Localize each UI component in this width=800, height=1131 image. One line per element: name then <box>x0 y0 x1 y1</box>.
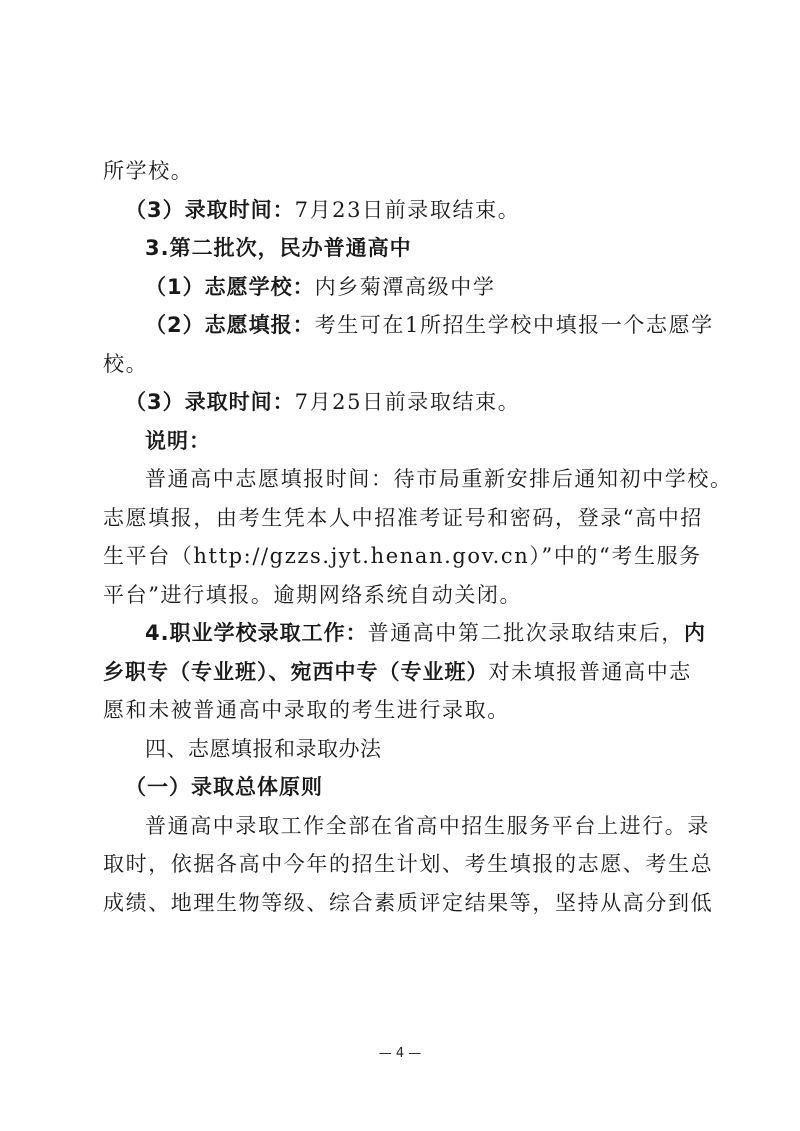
paragraph-text: 志愿填报，由考生凭本人中招准考证号和密码，登录“高中招 <box>103 506 703 530</box>
emphasis-text: 内 <box>684 621 706 645</box>
text-line: （2）志愿填报：考生可在1所招生学校中填报一个志愿学 <box>103 306 705 345</box>
document-page: 所学校。 （3）录取时间：7月23日前录取结束。 3.第二批次，民办普通高中 （… <box>103 152 705 922</box>
paragraph-text: 平台”进行填报。逾期网络系统自动关闭。 <box>103 583 522 607</box>
heading-text: （一）录取总体原则 <box>125 775 323 799</box>
emphasis-text: 乡职专（专业班）、宛西中专（专业班） <box>103 660 489 684</box>
heading-text: 3.第二批次，民办普通高中 <box>145 236 412 260</box>
paragraph-text: 普通高中录取工作全部在省高中招生服务平台上进行。录 <box>145 814 710 838</box>
text-line: （3）录取时间：7月25日前录取结束。 <box>103 383 705 422</box>
paragraph-text-with-url: 生平台（http://gzzs.jyt.henan.gov.cn）”中的“考生服… <box>103 544 702 568</box>
item-label: （3）录取时间： <box>125 198 295 222</box>
note-heading: 说明： <box>103 422 705 461</box>
paragraph-text: 所学校。 <box>103 159 193 183</box>
text-line: 所学校。 <box>103 152 705 191</box>
subsection-heading: （一）录取总体原则 <box>103 768 705 807</box>
text-line: 成绩、地理生物等级、综合素质评定结果等，坚持从高分到低 <box>103 884 705 923</box>
text-line: 乡职专（专业班）、宛西中专（专业班）对未填报普通高中志 <box>103 653 705 692</box>
item-text: 7月23日前录取结束。 <box>295 198 521 222</box>
paragraph-text: 普通高中志愿填报时间：待市局重新安排后通知初中学校。 <box>145 467 733 491</box>
text-line: 生平台（http://gzzs.jyt.henan.gov.cn）”中的“考生服… <box>103 537 705 576</box>
item-text: 7月25日前录取结束。 <box>295 390 521 414</box>
chapter-heading: 四、志愿填报和录取办法 <box>103 730 705 769</box>
item-label: （3）录取时间： <box>125 390 295 414</box>
paragraph-text: 成绩、地理生物等级、综合素质评定结果等，坚持从高分到低 <box>103 891 713 915</box>
item-label: （1）志愿学校： <box>145 275 315 299</box>
paragraph-text: 对未填报普通高中志 <box>489 660 692 684</box>
paragraph-text: 取时，依据各高中今年的招生计划、考生填报的志愿、考生总 <box>103 852 713 876</box>
page-number: — 4 — <box>0 1046 800 1061</box>
item-label: （2）志愿填报： <box>145 313 315 337</box>
text-line: 取时，依据各高中今年的招生计划、考生填报的志愿、考生总 <box>103 845 705 884</box>
text-line: （1）志愿学校：内乡菊潭高级中学 <box>103 268 705 307</box>
paragraph-text: 校。 <box>103 352 148 376</box>
text-line: 平台”进行填报。逾期网络系统自动关闭。 <box>103 576 705 615</box>
item-text: 内乡菊潭高级中学 <box>315 275 496 299</box>
text-line: 愿和未被普通高中录取的考生进行录取。 <box>103 691 705 730</box>
text-line: 志愿填报，由考生凭本人中招准考证号和密码，登录“高中招 <box>103 499 705 538</box>
text-line: 4.职业学校录取工作：普通高中第二批次录取结束后，内 <box>103 614 705 653</box>
text-line: （3）录取时间：7月23日前录取结束。 <box>103 191 705 230</box>
paragraph-text: 愿和未被普通高中录取的考生进行录取。 <box>103 698 510 722</box>
item-label: 4.职业学校录取工作： <box>145 621 368 645</box>
heading-text: 四、志愿填报和录取办法 <box>145 737 382 761</box>
item-text: 考生可在1所招生学校中填报一个志愿学 <box>315 313 714 337</box>
text-line: 校。 <box>103 345 705 384</box>
heading-text: 说明： <box>145 429 211 453</box>
text-line: 普通高中志愿填报时间：待市局重新安排后通知初中学校。 <box>103 460 705 499</box>
text-line: 普通高中录取工作全部在省高中招生服务平台上进行。录 <box>103 807 705 846</box>
section-heading: 3.第二批次，民办普通高中 <box>103 229 705 268</box>
item-text: 普通高中第二批次录取结束后， <box>368 621 684 645</box>
